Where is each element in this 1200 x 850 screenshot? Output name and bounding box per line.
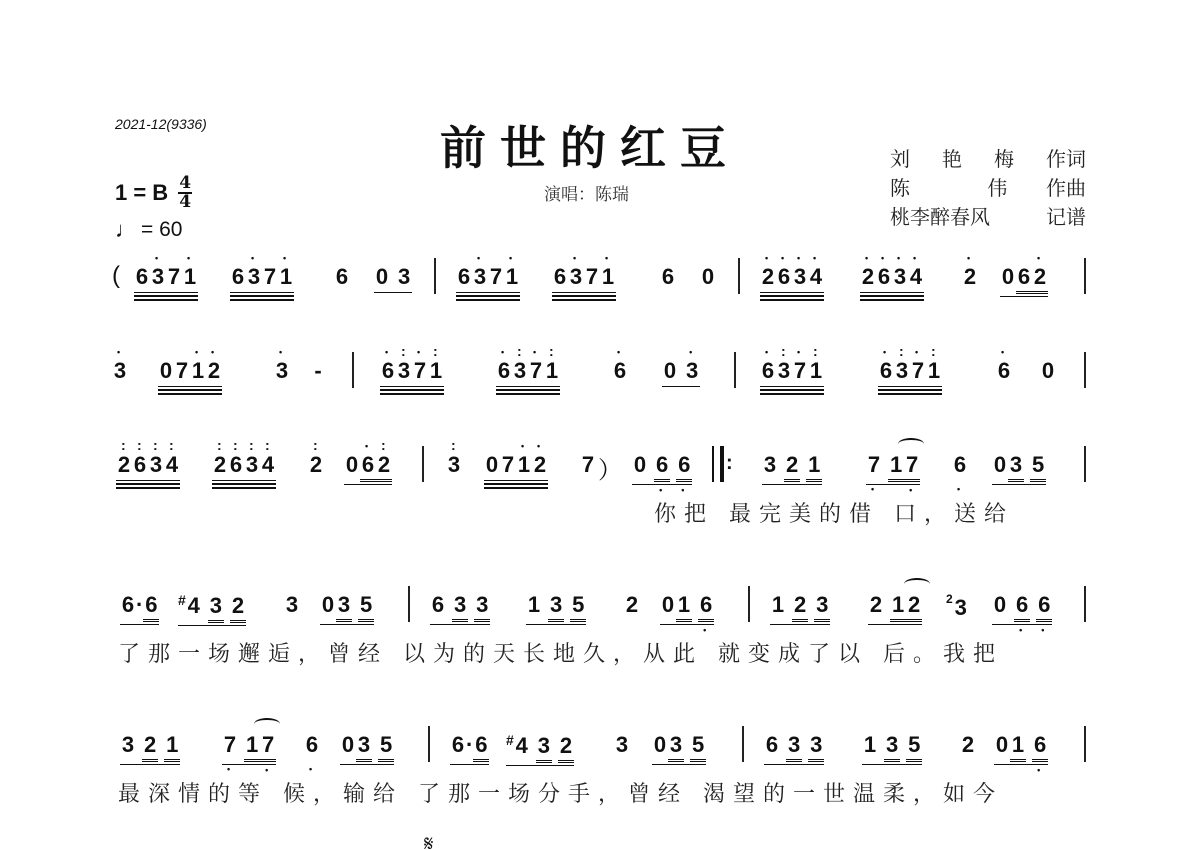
barline: [352, 352, 354, 388]
barline: [1084, 352, 1086, 388]
barline: [422, 446, 424, 482]
note-group: 7 17: [866, 452, 920, 485]
note-group: 6·6: [450, 732, 489, 765]
paren-open: (: [112, 262, 120, 290]
note: 7: [580, 452, 596, 478]
note-group: 0 3: [662, 358, 700, 387]
note: 0: [1040, 358, 1056, 384]
note: 6: [612, 358, 628, 384]
note-group: 0712: [158, 358, 222, 387]
note: 2: [308, 452, 324, 478]
note-group: 3 2 1: [120, 732, 180, 765]
note-group: 6371: [456, 264, 520, 293]
note-group: #4 3 2: [178, 592, 246, 626]
barline: [1084, 726, 1086, 762]
note-group: 3 2 1: [762, 452, 822, 485]
barline: [408, 586, 410, 622]
repeat-dots: :: [726, 452, 733, 475]
note-group: 062: [1000, 264, 1048, 297]
paren-close: ）: [598, 450, 622, 485]
note-group: 0 6 6: [992, 592, 1052, 625]
barline: [738, 258, 740, 294]
note-group: 0 3: [374, 264, 412, 293]
slur: [898, 438, 924, 450]
note: 2: [960, 732, 976, 758]
note: 0: [700, 264, 716, 290]
note: 2: [962, 264, 978, 290]
note: 6: [334, 264, 350, 290]
note-group: 6371: [878, 358, 942, 387]
note: 2: [624, 592, 640, 618]
barline: [1084, 586, 1086, 622]
note: 23: [946, 592, 969, 621]
note-group: 2634: [116, 452, 180, 481]
score-line-1: ( 6371 6371 6 0 3 6371 6371 6 0 2634 263…: [112, 264, 1092, 310]
note-group: 2634: [860, 264, 924, 293]
note-group: 1 2 3: [770, 592, 830, 625]
note-group: 03 5: [652, 732, 706, 765]
note: 6: [660, 264, 676, 290]
lyrics-line-4: 了那一场邂逅，曾经 以为的天长地久，从此 就变成了以 后。我把: [118, 637, 1003, 668]
note-group: 01 6: [660, 592, 714, 625]
score-line-3: 2634 2634 2 062 3 0712 7 ） 0 6 6 : 3 2 1…: [112, 452, 1092, 498]
note-group: #4 3 2: [506, 732, 574, 766]
score-line-4: 6·6 #4 3 2 3 03 5 6 3 3 1 3 5 2 01 6 1 2…: [112, 592, 1092, 638]
note-group: 03 5: [992, 452, 1046, 485]
barline: [1084, 258, 1086, 294]
slur: [254, 718, 280, 730]
note-group: 6371: [230, 264, 294, 293]
note-group: 6·6: [120, 592, 159, 625]
note-group: 6 3 3: [430, 592, 490, 625]
note-group: 6371: [134, 264, 198, 293]
song-title: 前世的红豆: [440, 112, 740, 178]
note-group: 01 6: [994, 732, 1048, 765]
note: 6: [304, 732, 320, 758]
note-group: 03 5: [340, 732, 394, 765]
barline: [434, 258, 436, 294]
note-group: 1 3 5: [526, 592, 586, 625]
note-group: 6371: [760, 358, 824, 387]
quarter-note-icon: ♩: [115, 217, 137, 243]
lyricist-credit: 刘 艳 梅 作词: [890, 146, 1086, 175]
score-id: 2021-12(9336): [115, 116, 207, 132]
tempo-marking: ♩ = 60: [115, 217, 182, 243]
note: 3: [274, 358, 290, 384]
barline: [748, 586, 750, 622]
lyrics-line-5: 最深情的等 候，输给 了那一场分手，曾经 渴望的一世温柔，如今: [118, 777, 1003, 808]
composer-credit: 陈 伟 作曲: [890, 175, 1086, 204]
dash: -: [310, 358, 326, 384]
note-group: 2 12: [868, 592, 922, 625]
note: 6: [952, 452, 968, 478]
key-signature: 1 = B 4 4: [115, 176, 192, 210]
repeat-start-barline: [712, 446, 724, 482]
barline: [742, 726, 744, 762]
note-group: 062: [344, 452, 392, 485]
note-group: 0712: [484, 452, 548, 481]
note-group: 6371: [380, 358, 444, 387]
barline: [734, 352, 736, 388]
note-group: 7 17: [222, 732, 276, 765]
note-group: 2634: [760, 264, 824, 293]
time-signature: 4 4: [178, 176, 192, 210]
note: 3: [614, 732, 630, 758]
score-line-5: 3 2 1 7 17 6 03 5 6·6 #4 3 2 3 03 5 6 3 …: [112, 732, 1092, 778]
score-line-2: 3 0712 3 - 6371 6371 6 0 3 6371 6371 6 0: [112, 358, 1092, 404]
note-group: 0 6 6: [632, 452, 692, 485]
barline: [428, 726, 430, 762]
segno-icon: 𝄋: [424, 832, 433, 850]
note-group: 6371: [496, 358, 560, 387]
transcriber-credit: 桃李醉春风 记谱: [890, 204, 1086, 233]
note-group: 6 3 3: [764, 732, 824, 765]
note: 3: [446, 452, 462, 478]
note: 3: [284, 592, 300, 618]
note: 3: [112, 358, 128, 384]
note: 6: [996, 358, 1012, 384]
lyrics-line-3: 你把 最完美的借 口，送给: [654, 497, 1014, 528]
slur: [904, 578, 930, 590]
credits-block: 刘 艳 梅 作词 陈 伟 作曲 桃李醉春风 记谱: [890, 146, 1086, 233]
singer-credit: 演唱：陈瑞: [544, 180, 629, 205]
barline: [1084, 446, 1086, 482]
note-group: 2634: [212, 452, 276, 481]
note-group: 03 5: [320, 592, 374, 625]
note-group: 6371: [552, 264, 616, 293]
note-group: 1 3 5: [862, 732, 922, 765]
